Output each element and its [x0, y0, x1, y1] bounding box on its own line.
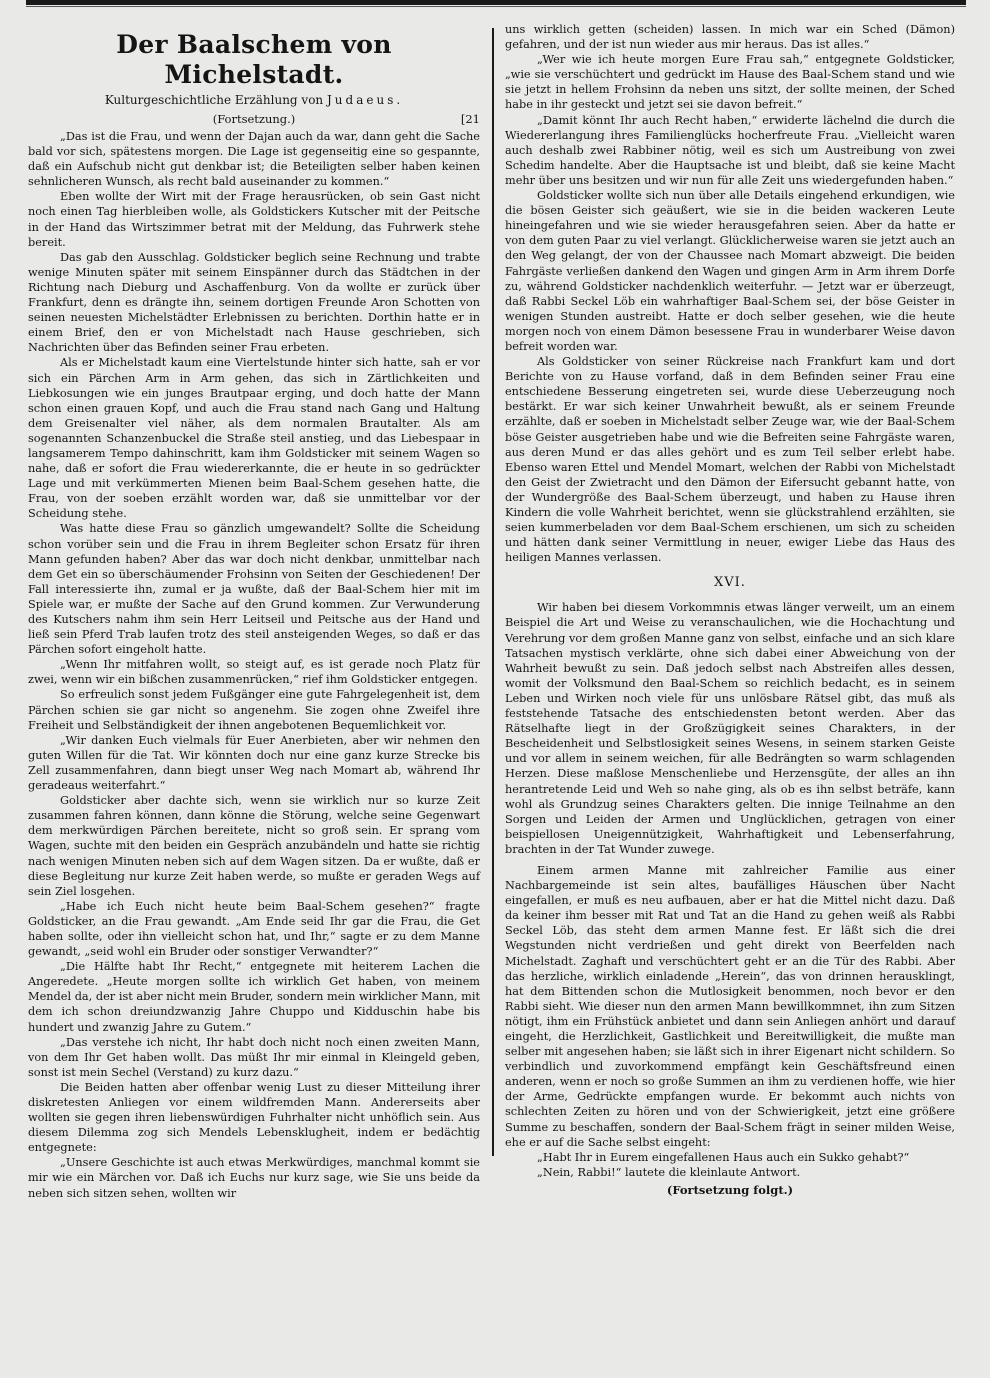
right-column: uns wirklich getten (scheiden) lassen. I… — [505, 22, 955, 1198]
paragraph: „Wenn Ihr mitfahren wollt, so steigt auf… — [28, 657, 480, 687]
paragraph: „Nein, Rabbi!“ lautete die kleinlaute An… — [505, 1165, 955, 1180]
paragraph: „Die Hälfte habt Ihr Recht,“ entgegnete … — [28, 959, 480, 1034]
continuation-line: (Fortsetzung.) [21 — [28, 111, 480, 127]
subtitle-prefix: Kulturgeschichtliche Erzählung von — [105, 93, 323, 107]
author-name: Judaeus. — [327, 93, 403, 107]
paragraph: Das gab den Ausschlag. Goldsticker begli… — [28, 250, 480, 356]
continued-paragraph: uns wirklich getten (scheiden) lassen. I… — [505, 22, 955, 52]
article-title: Der Baalschem von Michelstadt. — [28, 30, 480, 90]
paragraph: „Das verstehe ich nicht, Ihr habt doch n… — [28, 1035, 480, 1080]
paragraph: Als er Michelstadt kaum eine Viertelstun… — [28, 355, 480, 521]
paragraph: Die Beiden hatten aber offenbar wenig Lu… — [28, 1080, 480, 1155]
paragraph: „Habe ich Euch nicht heute beim Baal-Sch… — [28, 899, 480, 959]
column-divider — [492, 28, 494, 1156]
article-subtitle: Kulturgeschichtliche Erzählung von Judae… — [28, 92, 480, 108]
paragraph: „Wer wie ich heute morgen Eure Frau sah,… — [505, 52, 955, 112]
paragraph: Goldsticker wollte sich nun über alle De… — [505, 188, 955, 354]
left-column: Der Baalschem von Michelstadt. Kulturges… — [28, 22, 480, 1201]
paragraph: „Habt Ihr in Eurem eingefallenen Haus au… — [505, 1150, 955, 1165]
chapter-heading: XVI. — [505, 574, 955, 592]
paragraph: So erfreulich sonst jedem Fußgänger eine… — [28, 687, 480, 732]
top-rule — [26, 0, 966, 5]
paragraph: „Damit könnt Ihr auch Recht haben,“ erwi… — [505, 113, 955, 188]
installment-number: [21 — [461, 111, 480, 127]
continuation-label: (Fortsetzung.) — [213, 112, 296, 126]
top-rule-thin — [26, 6, 966, 7]
to-be-continued-note: (Fortsetzung folgt.) — [505, 1182, 955, 1198]
paragraph: Goldsticker aber dachte sich, wenn sie w… — [28, 793, 480, 899]
paragraph: „Wir danken Euch vielmals für Euer Anerb… — [28, 733, 480, 793]
paragraph: Einem armen Manne mit zahlreicher Famili… — [505, 863, 955, 1150]
paragraph: Was hatte diese Frau so gänzlich umgewan… — [28, 521, 480, 657]
paragraph: „Das ist die Frau, und wenn der Dajan au… — [28, 129, 480, 189]
paragraph: „Unsere Geschichte ist auch etwas Merkwü… — [28, 1155, 480, 1200]
paragraph: Wir haben bei diesem Vorkommnis etwas lä… — [505, 600, 955, 857]
paragraph: Als Goldsticker von seiner Rückreise nac… — [505, 354, 955, 565]
paragraph: Eben wollte der Wirt mit der Frage herau… — [28, 189, 480, 249]
